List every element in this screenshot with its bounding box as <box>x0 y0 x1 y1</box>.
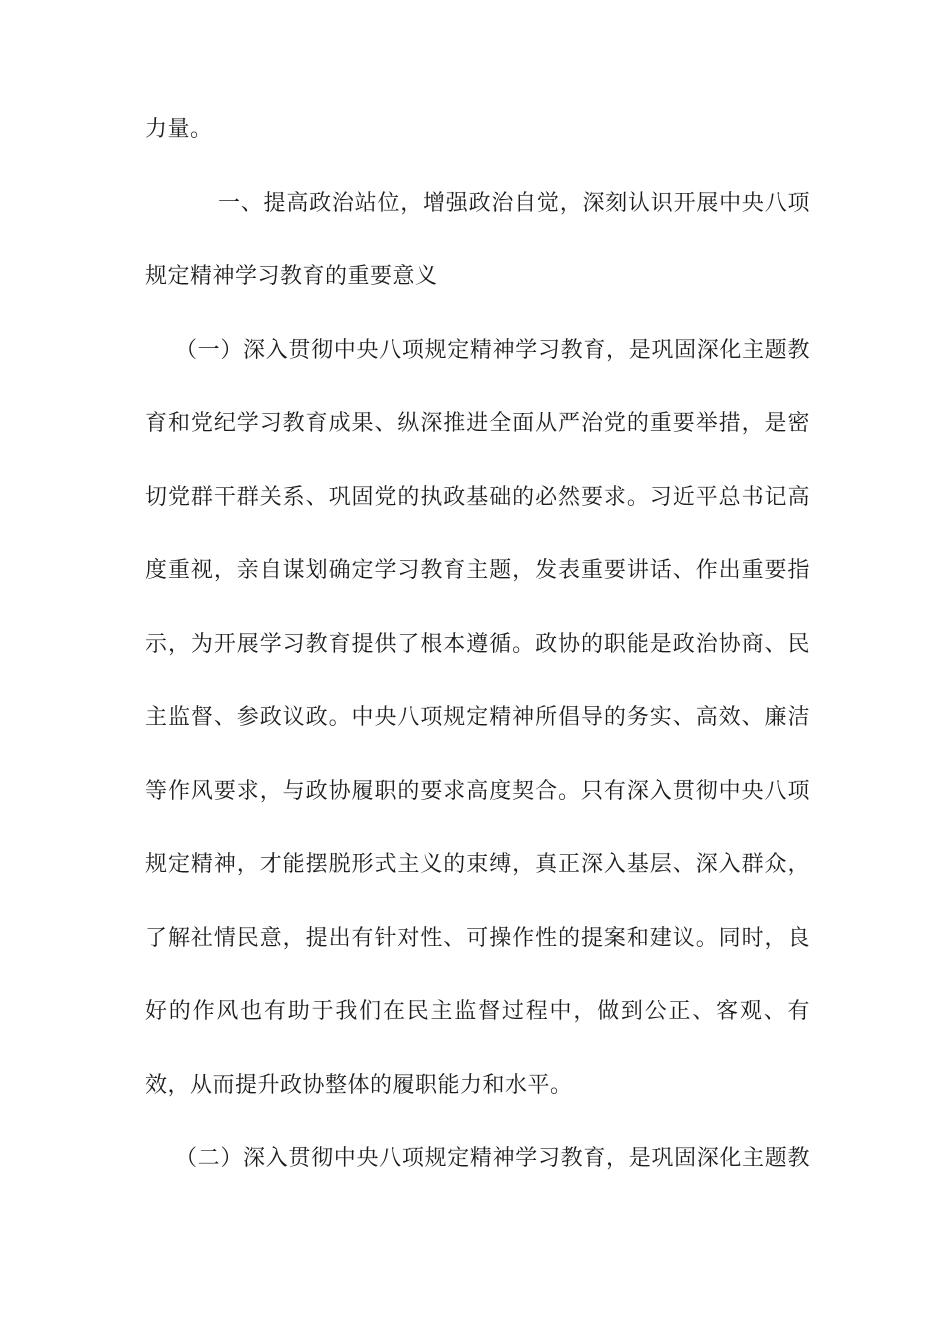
paragraph-2-line-1: （二）深入贯彻中央八项规定精神学习教育，是巩固深化主题教 <box>145 1121 810 1195</box>
paragraph-1-line-3: 切党群干群关系、巩固党的执政基础的必然要求。习近平总书记高 <box>145 460 810 534</box>
paragraph-1-line-9: 了解社情民意，提出有针对性、可操作性的提案和建议。同时，良 <box>145 901 810 975</box>
paragraph-1-line-8: 规定精神，才能摆脱形式主义的束缚，真正深入基层、深入群众， <box>145 827 810 901</box>
section-heading-line-1: 一、提高政治站位，增强政治自觉，深刻认识开展中央八项 <box>145 166 810 240</box>
paragraph-1-line-10: 好的作风也有助于我们在民主监督过程中，做到公正、客观、有 <box>145 974 810 1048</box>
paragraph-tail-line: 力量。 <box>145 92 810 166</box>
paragraph-1-line-2: 育和党纪学习教育成果、纵深推进全面从严治党的重要举措，是密 <box>145 386 810 460</box>
section-heading-line-2: 规定精神学习教育的重要意义 <box>145 239 810 313</box>
paragraph-1-line-1: （一）深入贯彻中央八项规定精神学习教育，是巩固深化主题教 <box>145 313 810 387</box>
paragraph-1-last-line: 效，从而提升政协整体的履职能力和水平。 <box>145 1048 810 1122</box>
document-body: 力量。 一、提高政治站位，增强政治自觉，深刻认识开展中央八项 规定精神学习教育的… <box>145 92 810 1195</box>
paragraph-1-line-4: 度重视，亲自谋划确定学习教育主题，发表重要讲话、作出重要指 <box>145 533 810 607</box>
document-page: 力量。 一、提高政治站位，增强政治自觉，深刻认识开展中央八项 规定精神学习教育的… <box>0 0 950 1344</box>
paragraph-1-line-6: 主监督、参政议政。中央八项规定精神所倡导的务实、高效、廉洁 <box>145 680 810 754</box>
paragraph-1-line-7: 等作风要求，与政协履职的要求高度契合。只有深入贯彻中央八项 <box>145 754 810 828</box>
paragraph-1-line-5: 示，为开展学习教育提供了根本遵循。政协的职能是政治协商、民 <box>145 607 810 681</box>
